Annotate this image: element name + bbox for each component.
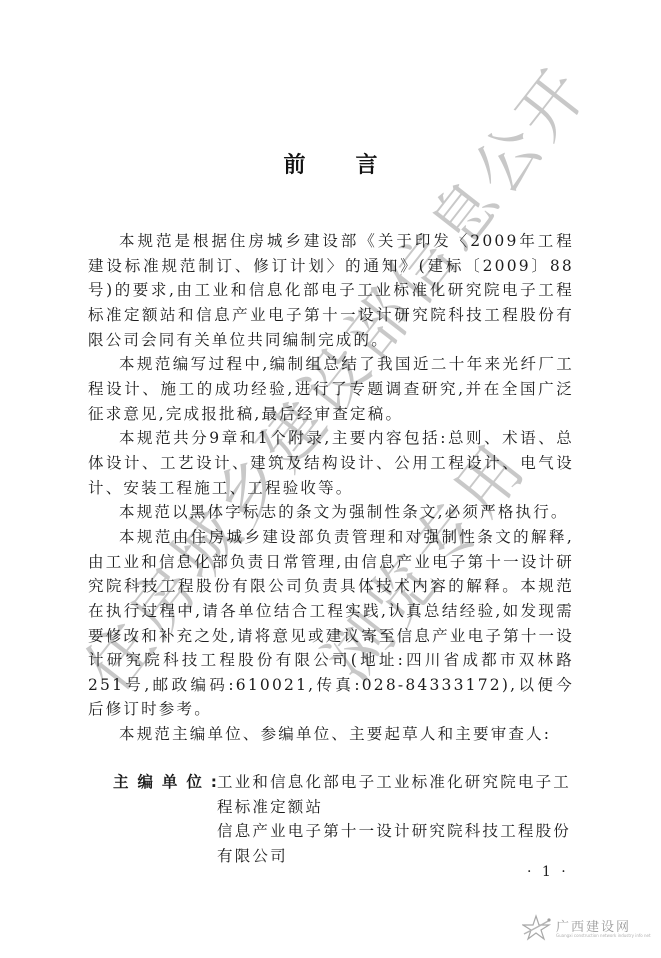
paragraph-4: 本规范以黑体字标志的条文为强制性条文,必须严格执行。 — [88, 500, 574, 525]
editor-line: 工业和信息化部电子工业标准化研究院电子工 — [217, 770, 578, 795]
label-char: 位 — [186, 770, 202, 869]
paragraph-1: 本规范是根据住房城乡建设部《关于印发〈2009年工程建设标准规范制订、修订计划〉… — [88, 229, 574, 352]
page-content: 前言 本规范是根据住房城乡建设部《关于印发〈2009年工程建设标准规范制订、修订… — [0, 0, 661, 958]
label-char: 主 — [113, 770, 129, 869]
editor-line: 程标准定额站 — [217, 795, 578, 820]
label-char: 单 — [162, 770, 178, 869]
editor-line: 信息产业电子第十一设计研究院科技工程股份 — [217, 819, 578, 844]
title-char-2: 言 — [356, 153, 378, 178]
page-title: 前言 — [0, 148, 661, 179]
page-number: · 1 · — [527, 864, 569, 880]
preface-body: 本规范是根据住房城乡建设部《关于印发〈2009年工程建设标准规范制订、修订计划〉… — [88, 229, 574, 747]
editor-line: 有限公司 — [217, 844, 578, 869]
logo-subtitle: Guangxi construction network industry in… — [556, 933, 651, 938]
paragraph-5: 本规范由住房城乡建设部负责管理和对强制性条文的解释,由工业和信息化部负责日常管理… — [88, 525, 574, 722]
chief-editors-label: 主 编 单 位 : — [113, 770, 217, 869]
site-logo: 广西建设网 Guangxi construction network indus… — [520, 914, 660, 944]
document-page: 住房城乡建设部信息公开 浏览专用 前言 本规范是根据住房城乡建设部《关于印发〈2… — [0, 0, 661, 958]
paragraph-6: 本规范主编单位、参编单位、主要起草人和主要审查人: — [88, 722, 574, 747]
paragraph-2: 本规范编写过程中,编制组总结了我国近二十年来光纤厂工程设计、施工的成功经验,进行… — [88, 352, 574, 426]
title-char-1: 前 — [283, 153, 305, 178]
chief-editors-row: 主 编 单 位 : 工业和信息化部电子工业标准化研究院电子工 程标准定额站 信息… — [113, 770, 578, 869]
chief-editors-list: 工业和信息化部电子工业标准化研究院电子工 程标准定额站 信息产业电子第十一设计研… — [217, 770, 578, 869]
star-swoosh-icon — [522, 914, 552, 942]
label-char: 编 — [137, 770, 153, 869]
chief-editors-block: 主 编 单 位 : 工业和信息化部电子工业标准化研究院电子工 程标准定额站 信息… — [113, 770, 578, 869]
paragraph-3: 本规范共分9章和1个附录,主要内容包括:总则、术语、总体设计、工艺设计、建筑及结… — [88, 426, 574, 500]
